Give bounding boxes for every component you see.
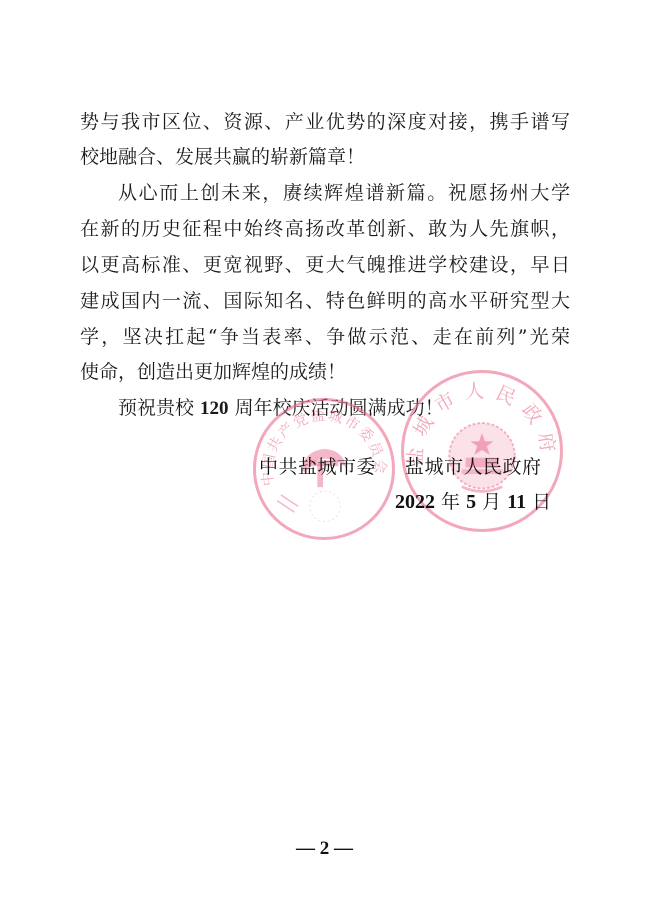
paragraph-1-line-1: 势与我市区位、资源、产业优势的深度对接，携手谱写 [80, 110, 570, 134]
congrats-prefix: 预祝贵校 [118, 397, 200, 419]
date-year: 2022 [395, 491, 435, 513]
signature-party-committee: 中共盐城市委 [259, 455, 376, 479]
document-date: 2022 年 5 月 11 日 [395, 490, 551, 514]
paragraph-1-line-2: 校地融合、发展共赢的崭新篇章！ [80, 145, 570, 169]
date-day-unit: 日 [526, 491, 551, 513]
paragraph-2-line-4: 建成国内一流、国际知名、特色鲜明的高水平研究型大 [80, 289, 570, 313]
page-number: — 2 — [0, 838, 649, 860]
paragraph-2-line-3: 以更高标准、更宽视野、更大气魄推进学校建设，早日 [80, 253, 570, 277]
paragraph-2-line-2: 在新的历史征程中始终高扬改革创新、敢为人先旗帜， [80, 217, 570, 241]
date-day: 11 [507, 491, 526, 513]
signature-government: 盐城市人民政府 [405, 455, 542, 479]
date-month: 5 [466, 491, 476, 513]
paragraph-2-line-1: 从心而上创未来，赓续辉煌谱新篇。祝愿扬州大学 [118, 181, 570, 205]
date-month-unit: 月 [476, 491, 507, 513]
paragraph-2-line-5: 学，坚决扛起“争当表率、争做示范、走在前列”光荣 [80, 325, 570, 349]
date-year-unit: 年 [435, 491, 466, 513]
anniversary-number: 120 [200, 398, 229, 419]
document-page: 势与我市区位、资源、产业优势的深度对接，携手谱写 校地融合、发展共赢的崭新篇章！… [0, 0, 649, 909]
